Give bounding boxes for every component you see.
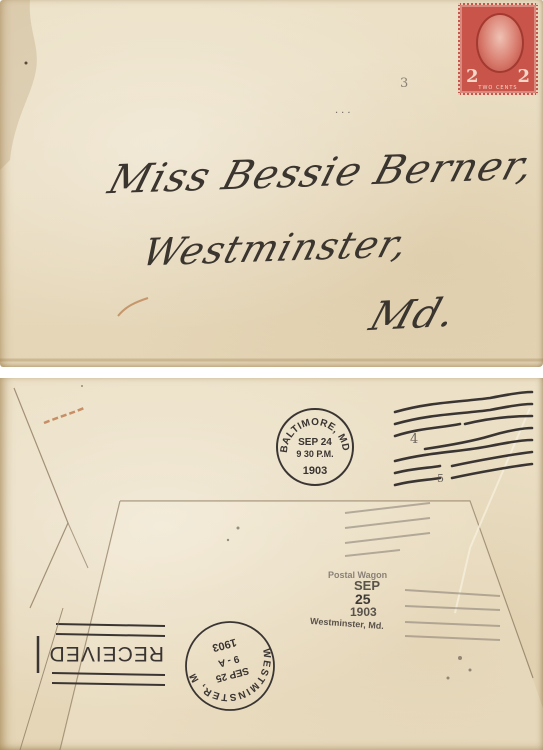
pencil-mark: 3: [400, 76, 409, 91]
envelope-front: 3 ··· 2 2 TWO CENTS Miss Bessie Berner, …: [0, 0, 543, 367]
pencil-dots: ···: [335, 108, 354, 119]
stamp-label: TWO CENTS: [460, 85, 536, 91]
address-line-3: Md.: [364, 290, 462, 340]
baltimore-time: 9 30 P.M.: [277, 449, 353, 459]
postal-wagon-stamp: Postal Wagon SEP 25 1903 Westminster, Md…: [318, 570, 428, 631]
stamp-denomination-right: 2: [517, 66, 530, 87]
envelope-back: BALTIMORE, MD. SEP 24 9 30 P.M. 1903 4 5…: [0, 378, 543, 750]
baltimore-postmark: BALTIMORE, MD. SEP 24 9 30 P.M. 1903: [277, 409, 353, 485]
washington-portrait-icon: [476, 13, 524, 73]
cancel-numeral-2: 5: [437, 472, 444, 485]
received-stamp: RECEIVED: [58, 641, 164, 665]
stamp-denomination-left: 2: [466, 66, 479, 87]
baltimore-year: 1903: [277, 465, 353, 477]
baltimore-date: SEP 24: [277, 437, 353, 448]
postal-wagon-day: 25: [355, 592, 428, 606]
postal-wagon-year: 1903: [350, 606, 428, 619]
cancel-numeral-1: 4: [410, 432, 418, 447]
postage-stamp: 2 2 TWO CENTS: [458, 3, 538, 95]
